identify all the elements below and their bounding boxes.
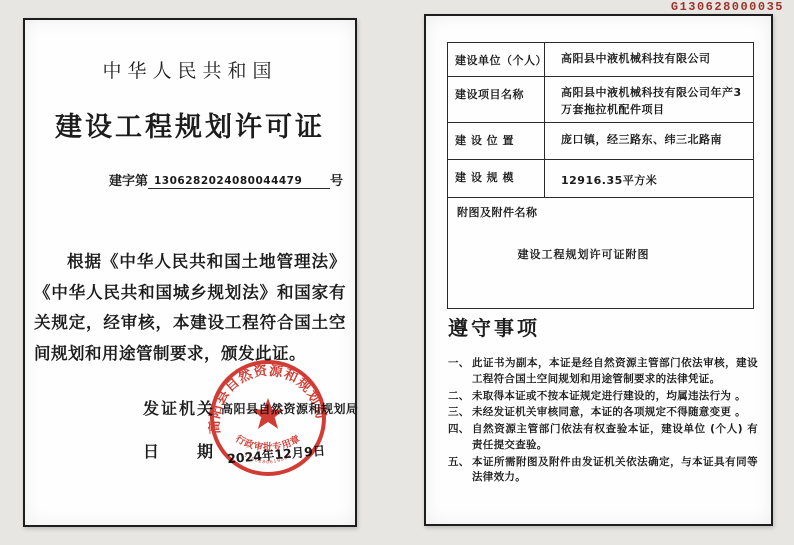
row-value-unit: 高阳县中液机械科技有限公司: [545, 43, 753, 76]
notice-item-text: 自然资源主管部门依法有权查验本证，建设单位 (个人) 有责任提交查验。: [472, 422, 758, 454]
notice-list: 一、 此证书为副本，本证是经自然资源主管部门依法审核，建设工程符合国土空间规划和…: [448, 356, 758, 487]
notice-item: 四、 自然资源主管部门依法有权查验本证，建设单位 (个人) 有责任提交查验。: [448, 422, 758, 454]
table-row: 建设项目名称 高阳县中液机械科技有限公司年产3万套拖拉机配件项目: [448, 77, 753, 123]
notice-item-number: 二、: [448, 389, 472, 405]
notice-item-number: 五、: [448, 455, 472, 487]
attachment-row: 附图及附件名称 建设工程规划许可证附图: [448, 198, 753, 308]
permit-cover-page: 中华人民共和国 建设工程规划许可证 建字第1306282024080044479…: [23, 18, 357, 527]
official-seal: 高阳县自然资源和规划局 行政审批专用章 1306280619888: [208, 358, 328, 478]
permit-title: 建设工程规划许可证: [25, 105, 355, 144]
certificate-number-line: 建字第1306282024080044479号: [25, 170, 355, 189]
notice-item: 二、 未取得本证或不按本证规定进行建设的，均属违法行为 。: [448, 389, 758, 405]
date-label: 日 期: [143, 439, 215, 462]
certificate-number-suffix: 号: [330, 174, 343, 189]
seal-banner-text: 行政审批专用章: [233, 433, 302, 454]
issuer-label: 发证机关: [143, 396, 215, 419]
certificate-number-prefix: 建字第: [109, 174, 148, 189]
notice-item-number: 三、: [448, 405, 472, 421]
permit-detail-page: 建设单位（个人） 高阳县中液机械科技有限公司 建设项目名称 高阳县中液机械科技有…: [424, 14, 773, 526]
table-row: 建 设 规 模 12916.35平方米: [448, 160, 753, 198]
row-value-project: 高阳县中液机械科技有限公司年产3万套拖拉机配件项目: [545, 77, 753, 122]
country-title: 中华人民共和国: [25, 56, 355, 83]
svg-text:行政审批专用章: 行政审批专用章: [233, 433, 302, 454]
notice-heading: 遵守事项: [448, 312, 540, 341]
notice-item: 五、 本证所需附图及附件由发证机关依法确定，与本证具有同等法律效力。: [448, 455, 758, 487]
notice-item-number: 一、: [448, 356, 472, 388]
document-code: G130628000035: [671, 0, 784, 14]
attachment-label: 附图及附件名称: [448, 198, 753, 220]
notice-item-text: 未取得本证或不按本证规定进行建设的，均属违法行为 。: [472, 389, 758, 405]
certificate-number: 1306282024080044479: [148, 175, 330, 189]
svg-text:1306280619888: 1306280619888: [243, 453, 293, 466]
row-label-unit: 建设单位（个人）: [448, 43, 545, 76]
project-info-table: 建设单位（个人） 高阳县中液机械科技有限公司 建设项目名称 高阳县中液机械科技有…: [447, 42, 754, 309]
table-row: 建 设 位 置 庞口镇，经三路东、纬三北路南: [448, 123, 753, 160]
notice-item-text: 此证书为副本，本证是经自然资源主管部门依法审核，建设工程符合国土空间规划和用途管…: [472, 356, 758, 388]
attachment-value: 建设工程规划许可证附图: [448, 246, 753, 262]
seal-serial: 1306280619888: [243, 453, 293, 466]
row-label-location: 建 设 位 置: [448, 123, 545, 159]
row-value-location: 庞口镇，经三路东、纬三北路南: [545, 123, 753, 159]
permit-statement: 根据《中华人民共和国土地管理法》《中华人民共和国城乡规划法》和国家有关规定，经审…: [25, 247, 355, 369]
notice-item: 三、 未经发证机关审核同意，本证的各项规定不得随意变更 。: [448, 405, 758, 421]
notice-item: 一、 此证书为副本，本证是经自然资源主管部门依法审核，建设工程符合国土空间规划和…: [448, 356, 758, 388]
table-row: 建设单位（个人） 高阳县中液机械科技有限公司: [448, 43, 753, 77]
row-label-project: 建设项目名称: [448, 77, 545, 122]
row-value-scale: 12916.35平方米: [545, 160, 753, 197]
notice-item-number: 四、: [448, 422, 472, 454]
notice-item-text: 本证所需附图及附件由发证机关依法确定，与本证具有同等法律效力。: [472, 455, 758, 487]
row-label-scale: 建 设 规 模: [448, 160, 545, 197]
notice-item-text: 未经发证机关审核同意，本证的各项规定不得随意变更 。: [472, 405, 758, 421]
star-icon: [252, 398, 284, 429]
